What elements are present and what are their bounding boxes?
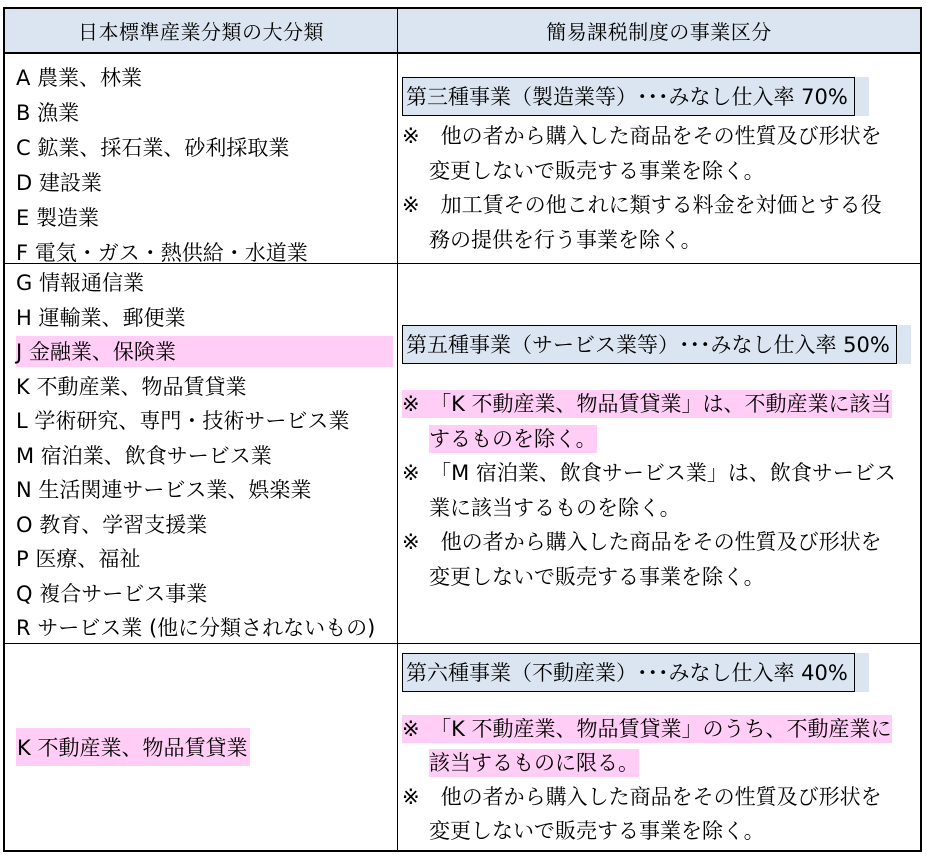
division-section-1: 第三種事業（製造業等）･･･みなし仕入率 70% ※ 他の者から購入した商品をそ… (398, 54, 920, 264)
industry-row: R サービス業 (他に分類されないもの) (16, 610, 393, 644)
note: ※ 他の者から購入した商品をその性質及び形状を 変更しないで販売する事業を除く。 (402, 780, 920, 848)
note: ※ 「M 宿泊業、飲食サービス業」は、飲食サービス 業に該当するものを除く。 (402, 456, 920, 525)
note-line: ※ 「K 不動産業、物品賃貸業」のうち、不動産業に (402, 715, 892, 743)
industry-label: M 宿泊業、飲食サービス業 (16, 440, 272, 470)
division-banner-label: 第三種事業（製造業等）･･･みなし仕入率 70% (402, 77, 855, 116)
note-line: ※ 他の者から購入した商品をその性質及び形状を (402, 530, 882, 554)
industry-list-section-2: G 情報通信業 H 運輸業、郵便業 J 金融業、保険業 K 不動産業、物品賃貸業… (5, 264, 398, 644)
industry-label: F 電気・ガス・熱供給・水道業 (16, 237, 308, 265)
industry-label: A 農業、林業 (16, 62, 142, 92)
pink-highlight: K 不動産業、物品賃貸業 (16, 728, 250, 766)
note-line: 変更しないで販売する事業を除く。 (429, 565, 765, 589)
division-banner-type6: 第六種事業（不動産業）･･･みなし仕入率 40% (402, 653, 869, 692)
industry-label: L 学術研究、専門・技術サービス業 (16, 405, 349, 435)
note-line: 業に該当するものを除く。 (429, 496, 681, 520)
division-section-3: 第六種事業（不動産業）･･･みなし仕入率 40% ※ 「K 不動産業、物品賃貸業… (398, 644, 920, 850)
note: ※ 他の者から購入した商品をその性質及び形状を 変更しないで販売する事業を除く。 (402, 525, 920, 594)
industry-row: K 不動産業、物品賃貸業 (16, 369, 393, 404)
industry-label: H 運輸業、郵便業 (16, 302, 185, 332)
header-cell-division: 簡易課税制度の事業区分 (398, 9, 920, 54)
industry-label: K 不動産業、物品賃貸業 (17, 736, 247, 760)
division-banner-label: 第六種事業（不動産業）･･･みなし仕入率 40% (402, 653, 855, 692)
note-highlighted: ※ 「K 不動産業、物品賃貸業」のうち、不動産業に 該当するものに限る。 (402, 712, 920, 780)
industry-label: E 製造業 (16, 202, 99, 232)
note-line: 務の提供を行う事業を除く。 (429, 228, 702, 252)
industry-row: E 製造業 (16, 199, 393, 234)
note-line: ※ 他の者から購入した商品をその性質及び形状を (402, 124, 882, 148)
industry-label: R サービス業 (他に分類されないもの) (16, 612, 375, 642)
industry-label: C 鉱業、採石業、砂利採取業 (16, 132, 289, 162)
industry-label: N 生活関連サービス業、娯楽業 (16, 474, 311, 504)
note-line: 変更しないで販売する事業を除く。 (429, 159, 765, 183)
industry-row: H 運輸業、郵便業 (16, 300, 393, 335)
industry-row: B 漁業 (16, 94, 393, 129)
industry-row: G 情報通信業 (16, 265, 393, 300)
tax-classification-table: 日本標準産業分類の大分類 簡易課税制度の事業区分 A 農業、林業 B 漁業 C … (3, 7, 922, 852)
note-line: するものを除く。 (429, 425, 597, 453)
industry-row: O 教育、学習支援業 (16, 507, 393, 542)
notes-section-3: ※ 「K 不動産業、物品賃貸業」のうち、不動産業に 該当するものに限る。 ※ 他… (402, 712, 920, 848)
industry-label: K 不動産業、物品賃貸業 (16, 371, 246, 401)
industry-row: C 鉱業、採石業、砂利採取業 (16, 129, 393, 164)
industry-row: N 生活関連サービス業、娯楽業 (16, 472, 393, 507)
industry-label: O 教育、学習支援業 (16, 509, 207, 539)
industry-row: Q 複合サービス事業 (16, 576, 393, 611)
industry-label: B 漁業 (16, 97, 79, 127)
header-division-label: 簡易課税制度の事業区分 (546, 16, 772, 45)
industry-row: L 学術研究、専門・技術サービス業 (16, 403, 393, 438)
notes-section-1: ※ 他の者から購入した商品をその性質及び形状を 変更しないで販売する事業を除く。… (402, 119, 920, 257)
industry-list-section-3: K 不動産業、物品賃貸業 (5, 644, 398, 850)
industry-row: M 宿泊業、飲食サービス業 (16, 438, 393, 473)
note: ※ 加工賃その他これに類する料金を対価とする役 務の提供を行う事業を除く。 (402, 188, 920, 257)
note-line: ※ 「M 宿泊業、飲食サービス業」は、飲食サービス (402, 461, 896, 485)
division-banner-type3: 第三種事業（製造業等）･･･みなし仕入率 70% (402, 77, 869, 116)
industry-row-highlighted: J 金融業、保険業 (16, 334, 393, 369)
note-line: ※ 「K 不動産業、物品賃貸業」は、不動産業に該当 (402, 390, 892, 418)
division-banner-type5: 第五種事業（サービス業等）･･･みなし仕入率 50% (402, 325, 911, 364)
header-industry-label: 日本標準産業分類の大分類 (78, 16, 324, 45)
industry-row: D 建設業 (16, 164, 393, 199)
note-highlighted: ※ 「K 不動産業、物品賃貸業」は、不動産業に該当 するものを除く。 (402, 387, 920, 456)
header-cell-industry: 日本標準産業分類の大分類 (5, 9, 398, 54)
industry-label: Q 複合サービス事業 (16, 578, 207, 608)
industry-row: F 電気・ガス・熱供給・水道業 (16, 234, 393, 264)
industry-label: J 金融業、保険業 (16, 336, 176, 366)
notes-section-2: ※ 「K 不動産業、物品賃貸業」は、不動産業に該当 するものを除く。 ※ 「M … (402, 387, 920, 594)
note-line: ※ 加工賃その他これに類する料金を対価とする役 (402, 193, 882, 217)
pink-highlight: J 金融業、保険業 (16, 336, 393, 367)
note-line: 変更しないで販売する事業を除く。 (429, 819, 765, 843)
industry-row: P 医療、福祉 (16, 541, 393, 576)
note-line: 該当するものに限る。 (429, 749, 639, 777)
industry-label: P 医療、福祉 (16, 543, 140, 573)
industry-label: D 建設業 (16, 167, 102, 197)
note-line: ※ 他の者から購入した商品をその性質及び形状を (402, 785, 882, 809)
industry-row: A 農業、林業 (16, 59, 393, 94)
division-banner-label: 第五種事業（サービス業等）･･･みなし仕入率 50% (402, 325, 897, 364)
industry-label: G 情報通信業 (16, 267, 144, 297)
industry-list-section-1: A 農業、林業 B 漁業 C 鉱業、採石業、砂利採取業 D 建設業 E 製造業 … (5, 54, 398, 264)
note: ※ 他の者から購入した商品をその性質及び形状を 変更しないで販売する事業を除く。 (402, 119, 920, 188)
division-section-2: 第五種事業（サービス業等）･･･みなし仕入率 50% ※ 「K 不動産業、物品賃… (398, 264, 920, 644)
